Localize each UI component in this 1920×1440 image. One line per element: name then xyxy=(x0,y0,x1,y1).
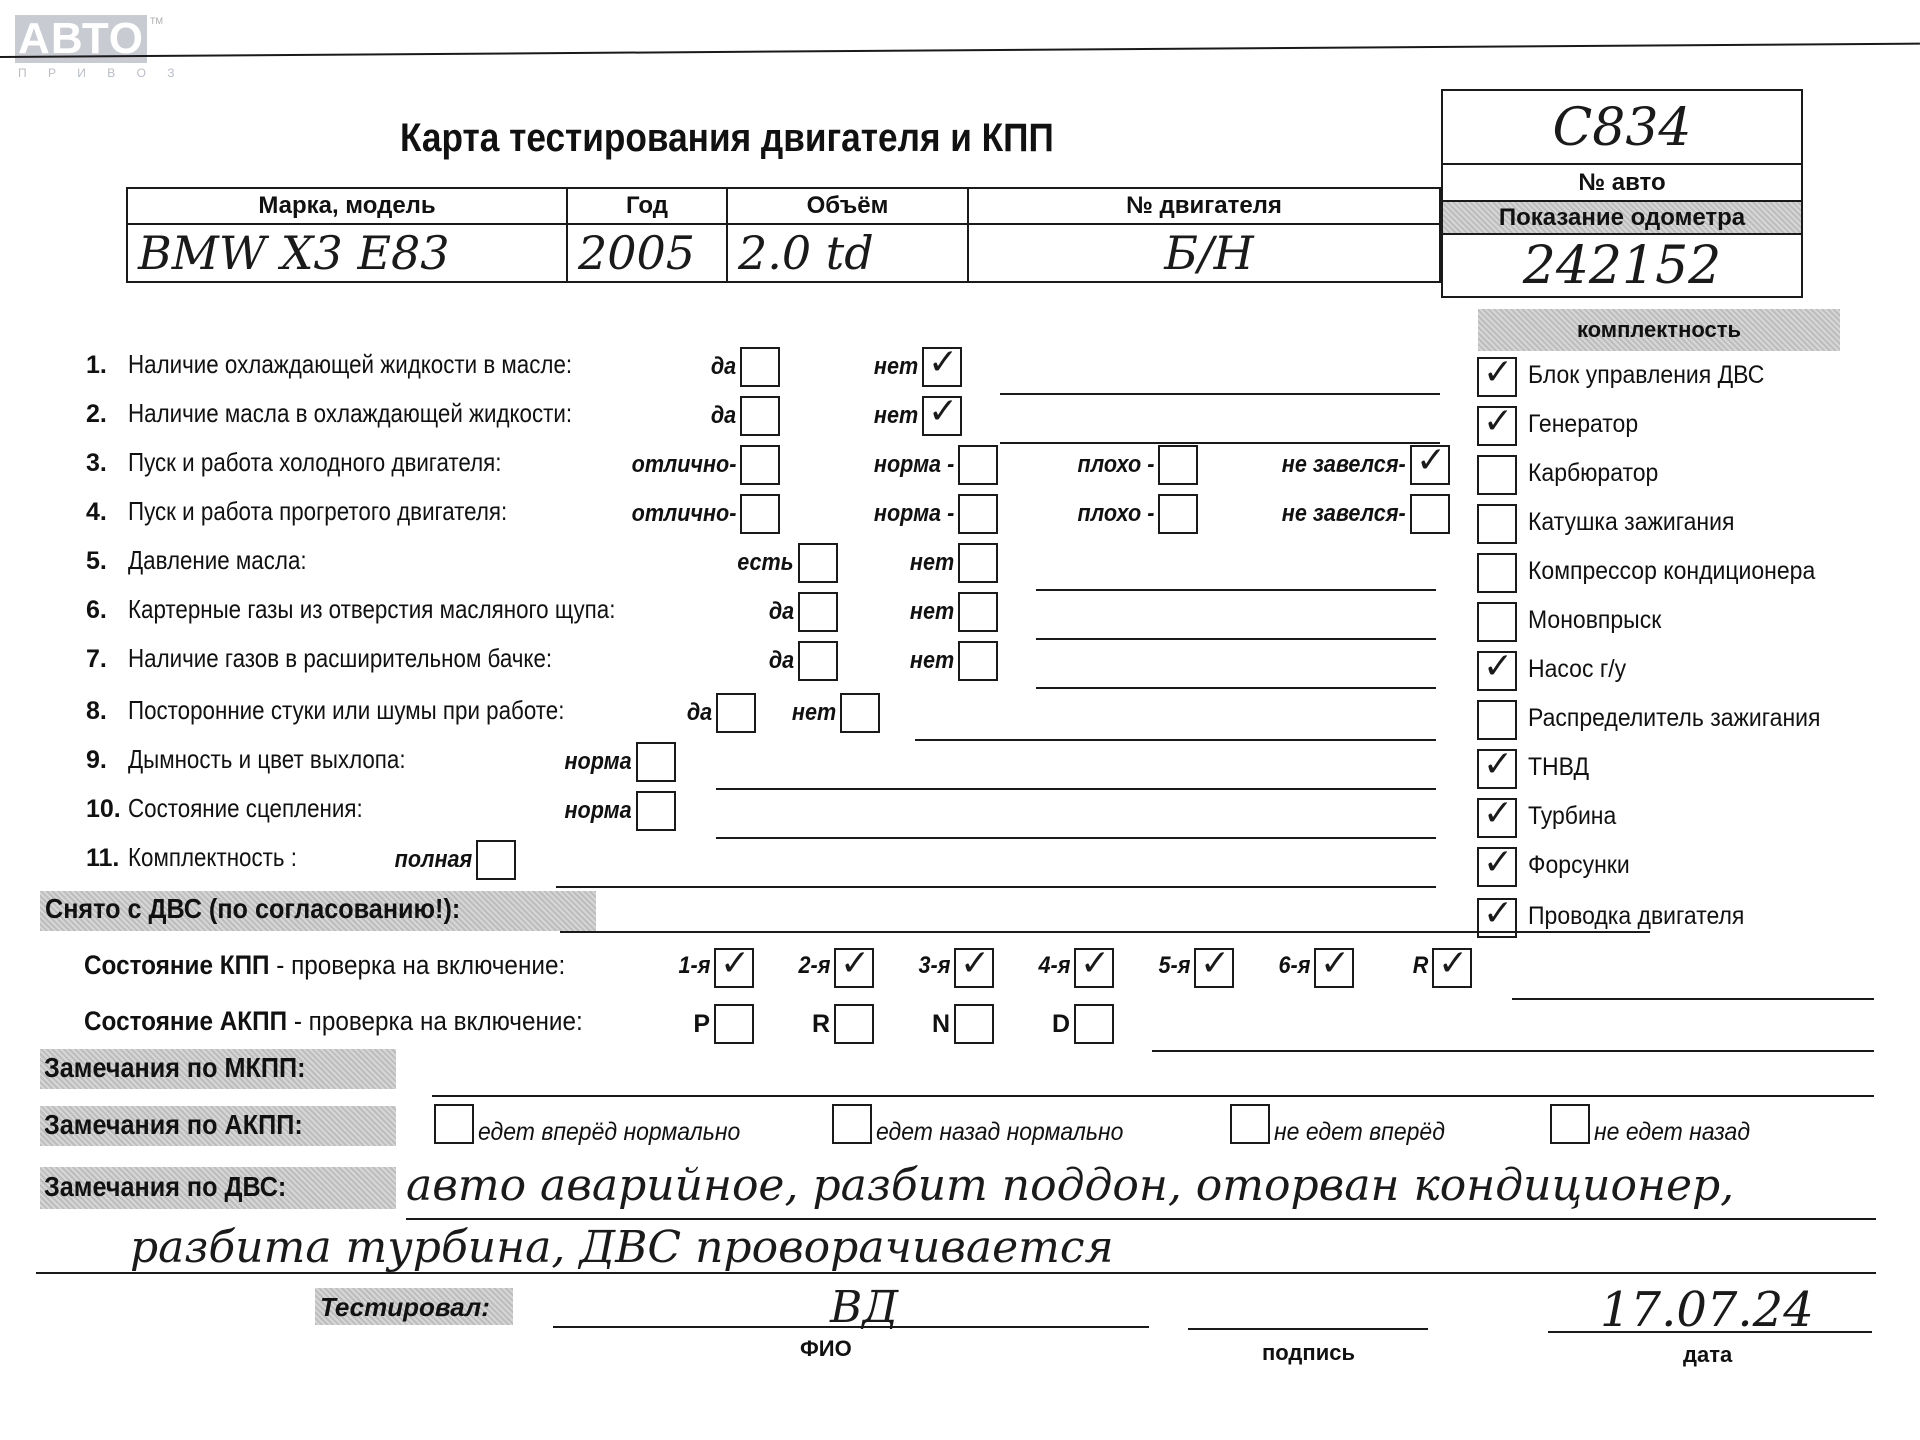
notes-line[interactable] xyxy=(556,886,1436,888)
header-engine-number: № двигателя xyxy=(968,188,1440,224)
checkmark-icon: ✓ xyxy=(1483,647,1513,687)
test-date-caption: дата xyxy=(1683,1342,1732,1368)
car-number-value[interactable]: C834 xyxy=(1443,91,1801,165)
gear-label: 1-я xyxy=(678,952,710,980)
option-checkbox[interactable] xyxy=(476,840,516,880)
option-checkbox[interactable] xyxy=(636,791,676,831)
checklist-item-number: 7. xyxy=(86,645,107,674)
gear-label: 6-я xyxy=(1278,952,1310,980)
remarks-auto-label: Замечания по АКПП: xyxy=(44,1109,303,1141)
checkmark-icon: ✓ xyxy=(928,392,958,432)
option-label: норма xyxy=(565,748,632,776)
gear-checkbox[interactable] xyxy=(954,1004,994,1044)
logo-trademark: TM xyxy=(150,16,163,26)
odometer-label: Показание одометра xyxy=(1443,202,1801,235)
checklist-item-label: Комплектность : xyxy=(128,842,297,873)
option-label: да xyxy=(769,598,794,626)
option-label: норма - xyxy=(874,500,954,528)
option-checkbox[interactable] xyxy=(958,445,998,485)
completeness-item-label: Турбина xyxy=(1528,802,1616,831)
option-label: нет xyxy=(910,598,954,626)
option-label: не завелся- xyxy=(1282,451,1406,479)
checklist-item-label: Пуск и работа холодного двигателя: xyxy=(128,447,501,478)
completeness-checkbox[interactable] xyxy=(1477,602,1517,642)
option-label: нет xyxy=(874,353,918,381)
remark-option-checkbox[interactable] xyxy=(832,1104,872,1144)
completeness-checkbox[interactable] xyxy=(1477,504,1517,544)
completeness-item-label: Катушка зажигания xyxy=(1528,508,1734,537)
option-label: отлично- xyxy=(631,500,736,528)
option-checkbox[interactable] xyxy=(798,641,838,681)
completeness-checkbox[interactable]: ✓ xyxy=(1477,847,1517,887)
gear-checkbox[interactable]: ✓ xyxy=(834,948,874,988)
option-label: не завелся- xyxy=(1282,500,1406,528)
option-checkbox[interactable] xyxy=(958,641,998,681)
option-checkbox[interactable] xyxy=(740,494,780,534)
engine-number-value[interactable]: Б/Н xyxy=(968,224,1440,282)
checklist-item-number: 10. xyxy=(86,795,121,824)
header-make-model: Марка, модель xyxy=(127,188,567,224)
checklist-item-number: 2. xyxy=(86,400,107,429)
gear-checkbox[interactable]: ✓ xyxy=(1314,948,1354,988)
option-checkbox[interactable] xyxy=(740,396,780,436)
volume-value[interactable]: 2.0 td xyxy=(727,224,968,282)
manual-gearbox-label: Состояние КПП - проверка на включение: xyxy=(84,950,565,981)
remark-option-checkbox[interactable] xyxy=(1230,1104,1270,1144)
option-label: норма - xyxy=(874,451,954,479)
manual-gearbox-line[interactable] xyxy=(1512,998,1874,1000)
completeness-checkbox[interactable] xyxy=(1477,553,1517,593)
remarks-engine-rule2 xyxy=(36,1272,1876,1274)
checkmark-icon: ✓ xyxy=(1483,353,1513,393)
checklist-item-label: Наличие масла в охлаждающей жидкости: xyxy=(128,398,572,429)
gear-label: R xyxy=(1412,952,1428,980)
option-label: есть xyxy=(738,549,794,577)
checklist-item-number: 8. xyxy=(86,697,107,726)
completeness-item-label: Блок управления ДВС xyxy=(1528,361,1764,390)
checkmark-icon: ✓ xyxy=(1483,794,1513,834)
vehicle-info-table: Марка, модель Год Объём № двигателя BMW … xyxy=(126,187,1441,283)
checklist-item-label: Давление масла: xyxy=(128,545,307,576)
checklist-item-number: 11. xyxy=(86,844,119,873)
remark-option-label: не едет вперёд xyxy=(1274,1118,1445,1147)
completeness-checkbox[interactable] xyxy=(1477,455,1517,495)
option-checkbox[interactable] xyxy=(958,592,998,632)
gear-label: 4-я xyxy=(1038,952,1070,980)
checklist-item-label: Дымность и цвет выхлопа: xyxy=(128,744,406,775)
checklist-item-label: Пуск и работа прогретого двигателя: xyxy=(128,496,507,527)
remarks-engine-line2[interactable]: разбита турбина, ДВС проворачивается xyxy=(130,1222,1114,1273)
remarks-manual-line[interactable] xyxy=(432,1095,1874,1097)
odometer-value[interactable]: 242152 xyxy=(1443,235,1801,297)
remark-option-checkbox[interactable] xyxy=(1550,1104,1590,1144)
checkmark-icon: ✓ xyxy=(928,343,958,383)
completeness-item-label: Распределитель зажигания xyxy=(1528,704,1820,733)
option-label: отлично- xyxy=(631,451,736,479)
year-value[interactable]: 2005 xyxy=(567,224,727,282)
gear-checkbox[interactable] xyxy=(714,1004,754,1044)
notes-line[interactable] xyxy=(1036,638,1436,640)
completeness-checkbox[interactable]: ✓ xyxy=(1477,357,1517,397)
option-checkbox[interactable] xyxy=(740,445,780,485)
option-label: да xyxy=(687,699,712,727)
checkmark-icon: ✓ xyxy=(960,944,990,984)
option-label: плохо - xyxy=(1077,451,1154,479)
car-info-box: C834 № авто Показание одометра 242152 xyxy=(1441,89,1803,298)
checklist-item-label: Состояние сцепления: xyxy=(128,793,363,824)
option-checkbox[interactable] xyxy=(798,592,838,632)
option-checkbox[interactable] xyxy=(958,543,998,583)
option-checkbox[interactable] xyxy=(958,494,998,534)
option-label: норма xyxy=(565,797,632,825)
option-label: нет xyxy=(910,549,954,577)
test-date-line xyxy=(1548,1331,1872,1333)
notes-line[interactable] xyxy=(716,837,1436,839)
completeness-checkbox[interactable]: ✓ xyxy=(1477,749,1517,789)
notes-line[interactable] xyxy=(1036,589,1436,591)
test-date-value[interactable]: 17.07.24 xyxy=(1600,1282,1814,1338)
gear-checkbox[interactable] xyxy=(1074,1004,1114,1044)
option-label: плохо - xyxy=(1077,500,1154,528)
option-checkbox[interactable]: ✓ xyxy=(1410,445,1450,485)
checkmark-icon: ✓ xyxy=(1483,745,1513,785)
completeness-checkbox[interactable]: ✓ xyxy=(1477,651,1517,691)
notes-line[interactable] xyxy=(1000,393,1440,395)
tested-by-label: Тестировал: xyxy=(320,1292,490,1323)
notes-line[interactable] xyxy=(915,739,1436,741)
gear-checkbox[interactable] xyxy=(834,1004,874,1044)
option-checkbox[interactable] xyxy=(1158,445,1198,485)
checkmark-icon: ✓ xyxy=(1438,944,1468,984)
auto-gearbox-line[interactable] xyxy=(1152,1050,1874,1052)
completeness-item-label: Форсунки xyxy=(1528,851,1630,880)
page-title: Карта тестирования двигателя и КПП xyxy=(400,116,1054,161)
checkmark-icon: ✓ xyxy=(1483,843,1513,883)
signature-caption: подпись xyxy=(1262,1340,1355,1366)
remark-option-label: не едет назад xyxy=(1594,1118,1750,1147)
option-checkbox[interactable] xyxy=(716,693,756,733)
auto-gearbox-label: Состояние АКПП - проверка на включение: xyxy=(84,1006,583,1037)
gear-label: 2-я xyxy=(798,952,830,980)
checkmark-icon: ✓ xyxy=(1416,441,1446,481)
option-label: полная xyxy=(394,846,472,874)
checkmark-icon: ✓ xyxy=(1080,944,1110,984)
checklist-item-label: Посторонние стуки или шумы при работе: xyxy=(128,695,564,726)
logo-subtitle: П Р И В О З xyxy=(18,66,184,80)
option-label: да xyxy=(769,647,794,675)
remarks-manual-label: Замечания по МКПП: xyxy=(44,1052,306,1084)
completeness-item-label: Насос г/у xyxy=(1528,655,1626,684)
option-checkbox[interactable] xyxy=(1158,494,1198,534)
checklist-item-number: 1. xyxy=(86,351,107,380)
checkmark-icon: ✓ xyxy=(1200,944,1230,984)
checkmark-icon: ✓ xyxy=(840,944,870,984)
removed-section-label: Снято с ДВС (по согласованию!): xyxy=(45,893,460,925)
completeness-item-label: Карбюратор xyxy=(1528,459,1658,488)
completeness-checkbox[interactable]: ✓ xyxy=(1477,406,1517,446)
checkmark-icon: ✓ xyxy=(1320,944,1350,984)
completeness-item-label: Компрессор кондиционера xyxy=(1528,557,1815,586)
notes-line[interactable] xyxy=(1036,687,1436,689)
completeness-checkbox[interactable] xyxy=(1477,700,1517,740)
checkmark-icon: ✓ xyxy=(720,944,750,984)
remarks-engine-label: Замечания по ДВС: xyxy=(44,1171,286,1203)
remarks-engine-rule1 xyxy=(406,1218,1876,1220)
removed-section-line[interactable] xyxy=(560,931,1650,933)
gear-checkbox[interactable]: ✓ xyxy=(954,948,994,988)
option-label: нет xyxy=(874,402,918,430)
checklist-item-number: 4. xyxy=(86,498,107,527)
tester-name-line xyxy=(553,1326,1149,1328)
gear-label: R xyxy=(812,1010,830,1039)
checklist-item-number: 6. xyxy=(86,596,107,625)
completeness-item-label: Генератор xyxy=(1528,410,1638,439)
header-volume: Объём xyxy=(727,188,968,224)
gear-checkbox[interactable]: ✓ xyxy=(1432,948,1472,988)
completeness-header: комплектность xyxy=(1478,309,1840,351)
checklist-item-number: 5. xyxy=(86,547,107,576)
car-number-label: № авто xyxy=(1443,165,1801,202)
gear-label: 5-я xyxy=(1158,952,1190,980)
remark-option-label: едет вперёд нормально xyxy=(478,1118,740,1147)
header-year: Год xyxy=(567,188,727,224)
option-checkbox[interactable]: ✓ xyxy=(922,396,962,436)
gear-label: D xyxy=(1052,1010,1070,1039)
option-checkbox[interactable] xyxy=(740,347,780,387)
completeness-checkbox[interactable]: ✓ xyxy=(1477,798,1517,838)
checkmark-icon: ✓ xyxy=(1483,402,1513,442)
signature-line[interactable] xyxy=(1188,1328,1428,1330)
notes-line[interactable] xyxy=(1000,442,1440,444)
gear-label: 3-я xyxy=(918,952,950,980)
completeness-item-label: Моновпрыск xyxy=(1528,606,1661,635)
notes-line[interactable] xyxy=(716,788,1436,790)
option-label: нет xyxy=(792,699,836,727)
option-checkbox[interactable] xyxy=(1410,494,1450,534)
tester-name-caption: ФИО xyxy=(800,1336,852,1362)
remark-option-checkbox[interactable] xyxy=(434,1104,474,1144)
gear-checkbox[interactable]: ✓ xyxy=(714,948,754,988)
remarks-engine-line1[interactable]: авто аварийное, разбит поддон, оторван к… xyxy=(406,1160,1734,1211)
completeness-item-label: ТНВД xyxy=(1528,753,1589,782)
gear-label: P xyxy=(693,1010,710,1039)
make-model-value[interactable]: BMW X3 E83 xyxy=(127,224,567,282)
option-checkbox[interactable] xyxy=(840,693,880,733)
option-label: нет xyxy=(910,647,954,675)
gear-checkbox[interactable]: ✓ xyxy=(1074,948,1114,988)
option-label: да xyxy=(711,402,736,430)
checklist-item-number: 3. xyxy=(86,449,107,478)
checklist-item-number: 9. xyxy=(86,746,107,775)
checkmark-icon: ✓ xyxy=(1483,894,1513,934)
option-checkbox[interactable]: ✓ xyxy=(922,347,962,387)
option-checkbox[interactable] xyxy=(636,742,676,782)
completeness-item-label: Проводка двигателя xyxy=(1528,902,1744,931)
option-checkbox[interactable] xyxy=(798,543,838,583)
checklist-item-label: Наличие газов в расширительном бачке: xyxy=(128,643,552,674)
top-rule xyxy=(0,43,1920,58)
gear-label: N xyxy=(932,1010,950,1039)
remark-option-label: едет назад нормально xyxy=(876,1118,1123,1147)
option-label: да xyxy=(711,353,736,381)
gear-checkbox[interactable]: ✓ xyxy=(1194,948,1234,988)
checklist-item-label: Картерные газы из отверстия масляного щу… xyxy=(128,594,615,625)
checklist-item-label: Наличие охлаждающей жидкости в масле: xyxy=(128,349,572,380)
